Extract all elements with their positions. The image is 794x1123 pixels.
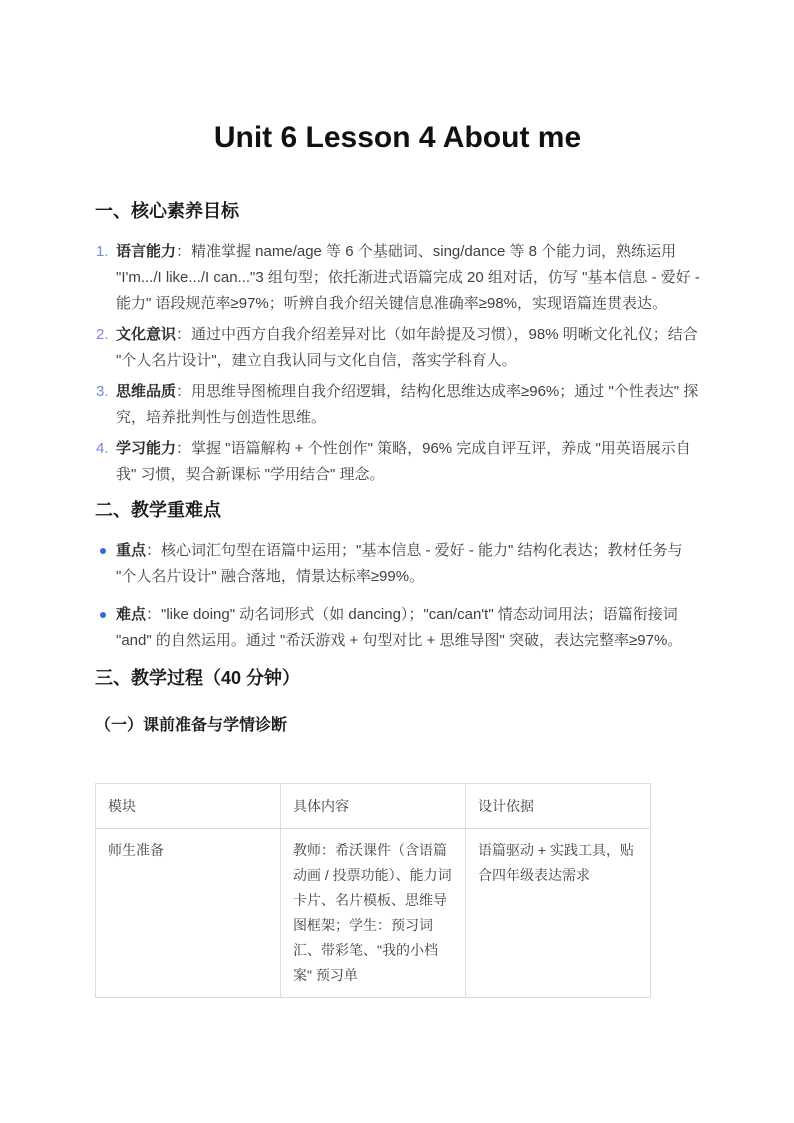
section-heading-key-points: 二、教学重难点 [95,498,700,522]
key-points-list: 重点：核心词汇句型在语篇中运用；"基本信息 - 爱好 - 能力" 结构化表达；教… [95,538,700,654]
objective-text: ：掌握 "语篇解构 + 个性创作" 策略，96% 完成自评互评，养成 "用英语展… [116,440,691,483]
table-cell-module: 师生准备 [96,829,281,998]
table-header-basis: 设计依据 [466,784,651,829]
table-cell-basis: 语篇驱动 + 实践工具，贴合四年级表达需求 [466,829,651,998]
table-cell-content: 教师：希沃课件（含语篇动画 / 投票功能）、能力词卡片、名片模板、思维导图框架；… [281,829,466,998]
list-number: 4. [96,436,109,462]
keypoint-item-difficulty: 难点："like doing" 动名词形式（如 dancing）；"can/ca… [95,602,700,654]
objective-term: 学习能力 [116,440,176,457]
keypoint-term: 重点 [116,542,146,559]
preparation-table: 模块 具体内容 设计依据 师生准备 教师：希沃课件（含语篇动画 / 投票功能）、… [95,783,651,998]
keypoint-text: ："like doing" 动名词形式（如 dancing）；"can/can'… [116,606,682,649]
objective-term: 思维品质 [116,383,176,400]
objective-text: ：精准掌握 name/age 等 6 个基础词、sing/dance 等 8 个… [116,243,700,312]
document-title: Unit 6 Lesson 4 About me [95,119,700,157]
table-header-row: 模块 具体内容 设计依据 [96,784,651,829]
keypoint-term: 难点 [116,606,146,623]
objective-text: ：通过中西方自我介绍差异对比（如年龄提及习惯），98% 明晰文化礼仪；结合 "个… [116,326,698,369]
core-objectives-list: 1.语言能力：精准掌握 name/age 等 6 个基础词、sing/dance… [95,239,700,488]
section-heading-core-objectives: 一、核心素养目标 [95,199,700,223]
bullet-icon [100,612,106,618]
list-number: 2. [96,322,109,348]
objective-item-culture: 2.文化意识：通过中西方自我介绍差异对比（如年龄提及习惯），98% 明晰文化礼仪… [95,322,700,374]
subsection-heading-preparation: （一）课前准备与学情诊断 [95,715,700,737]
table-header-module: 模块 [96,784,281,829]
table-row: 师生准备 教师：希沃课件（含语篇动画 / 投票功能）、能力词卡片、名片模板、思维… [96,829,651,998]
bullet-icon [100,548,106,554]
keypoint-text: ：核心词汇句型在语篇中运用；"基本信息 - 爱好 - 能力" 结构化表达；教材任… [116,542,683,585]
objective-item-learning: 4.学习能力：掌握 "语篇解构 + 个性创作" 策略，96% 完成自评互评，养成… [95,436,700,488]
objective-term: 语言能力 [116,243,176,260]
objective-item-language: 1.语言能力：精准掌握 name/age 等 6 个基础词、sing/dance… [95,239,700,317]
keypoint-item-focus: 重点：核心词汇句型在语篇中运用；"基本信息 - 爱好 - 能力" 结构化表达；教… [95,538,700,590]
objective-text: ：用思维导图梳理自我介绍逻辑，结构化思维达成率≥96%；通过 "个性表达" 探究… [116,383,698,426]
objective-item-thinking: 3.思维品质：用思维导图梳理自我介绍逻辑，结构化思维达成率≥96%；通过 "个性… [95,379,700,431]
objective-term: 文化意识 [116,326,176,343]
list-number: 1. [96,239,109,265]
list-number: 3. [96,379,109,405]
table-header-content: 具体内容 [281,784,466,829]
section-heading-teaching-process: 三、教学过程（40 分钟） [95,666,700,690]
document-page: Unit 6 Lesson 4 About me 一、核心素养目标 1.语言能力… [0,0,794,1123]
